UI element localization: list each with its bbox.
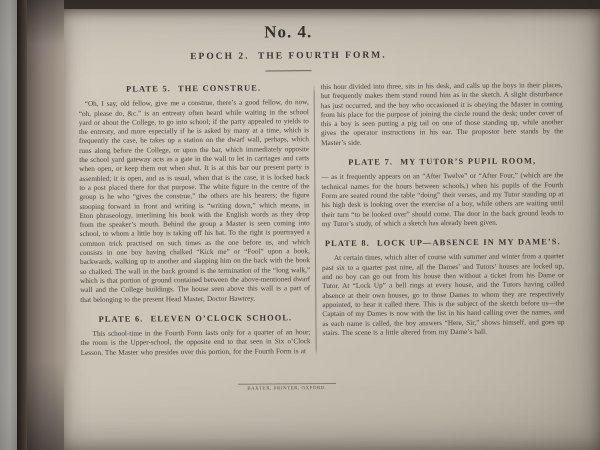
book-gutter-shadow [17,0,27,450]
plate-6-continued-text: this hour divided into three, sits in hi… [321,81,564,148]
page-edge-strip [0,0,17,450]
right-column: this hour divided into three, sits in hi… [321,81,565,356]
page-left-margin [27,0,64,450]
column-divider-rule [314,85,317,356]
issue-number: No. 4. [78,21,498,44]
header-rule [265,70,311,71]
plate-5-heading: PLATE 5. THE CONSTRUE. [79,83,309,94]
printer-imprint: BAXTER, PRINTER, OXFORD. [238,383,336,392]
text-columns: PLATE 5. THE CONSTRUE. “Oh, I say, old f… [79,81,565,358]
plate-8-text: At certain times, which alter of course … [322,253,565,339]
page-content: No. 4. EPOCH 2. THE FOURTH FORM. PLATE 5… [64,7,600,450]
book-page-photo: No. 4. EPOCH 2. THE FOURTH FORM. PLATE 5… [0,0,600,450]
page-header: No. 4. EPOCH 2. THE FOURTH FORM. [78,21,498,73]
plate-6-text: This school-time in the Fourth Form last… [81,328,311,358]
plate-7-heading: PLATE 7. MY TUTOR’S PUPIL ROOM, [321,156,563,167]
plate-5-text: “Oh, I say, old fellow, give me a constr… [79,98,311,304]
plate-6-heading: PLATE 6. ELEVEN O’CLOCK SCHOOL. [80,313,310,324]
plate-7-text: — as it frequently appears on an “After … [321,172,563,230]
book-page: No. 4. EPOCH 2. THE FOURTH FORM. PLATE 5… [64,9,600,450]
epoch-heading: EPOCH 2. THE FOURTH FORM. [78,50,498,63]
left-column: PLATE 5. THE CONSTRUE. “Oh, I say, old f… [79,83,311,358]
plate-8-heading: PLATE 8. LOCK UP—ABSENCE IN MY DAME’S. [322,237,564,248]
